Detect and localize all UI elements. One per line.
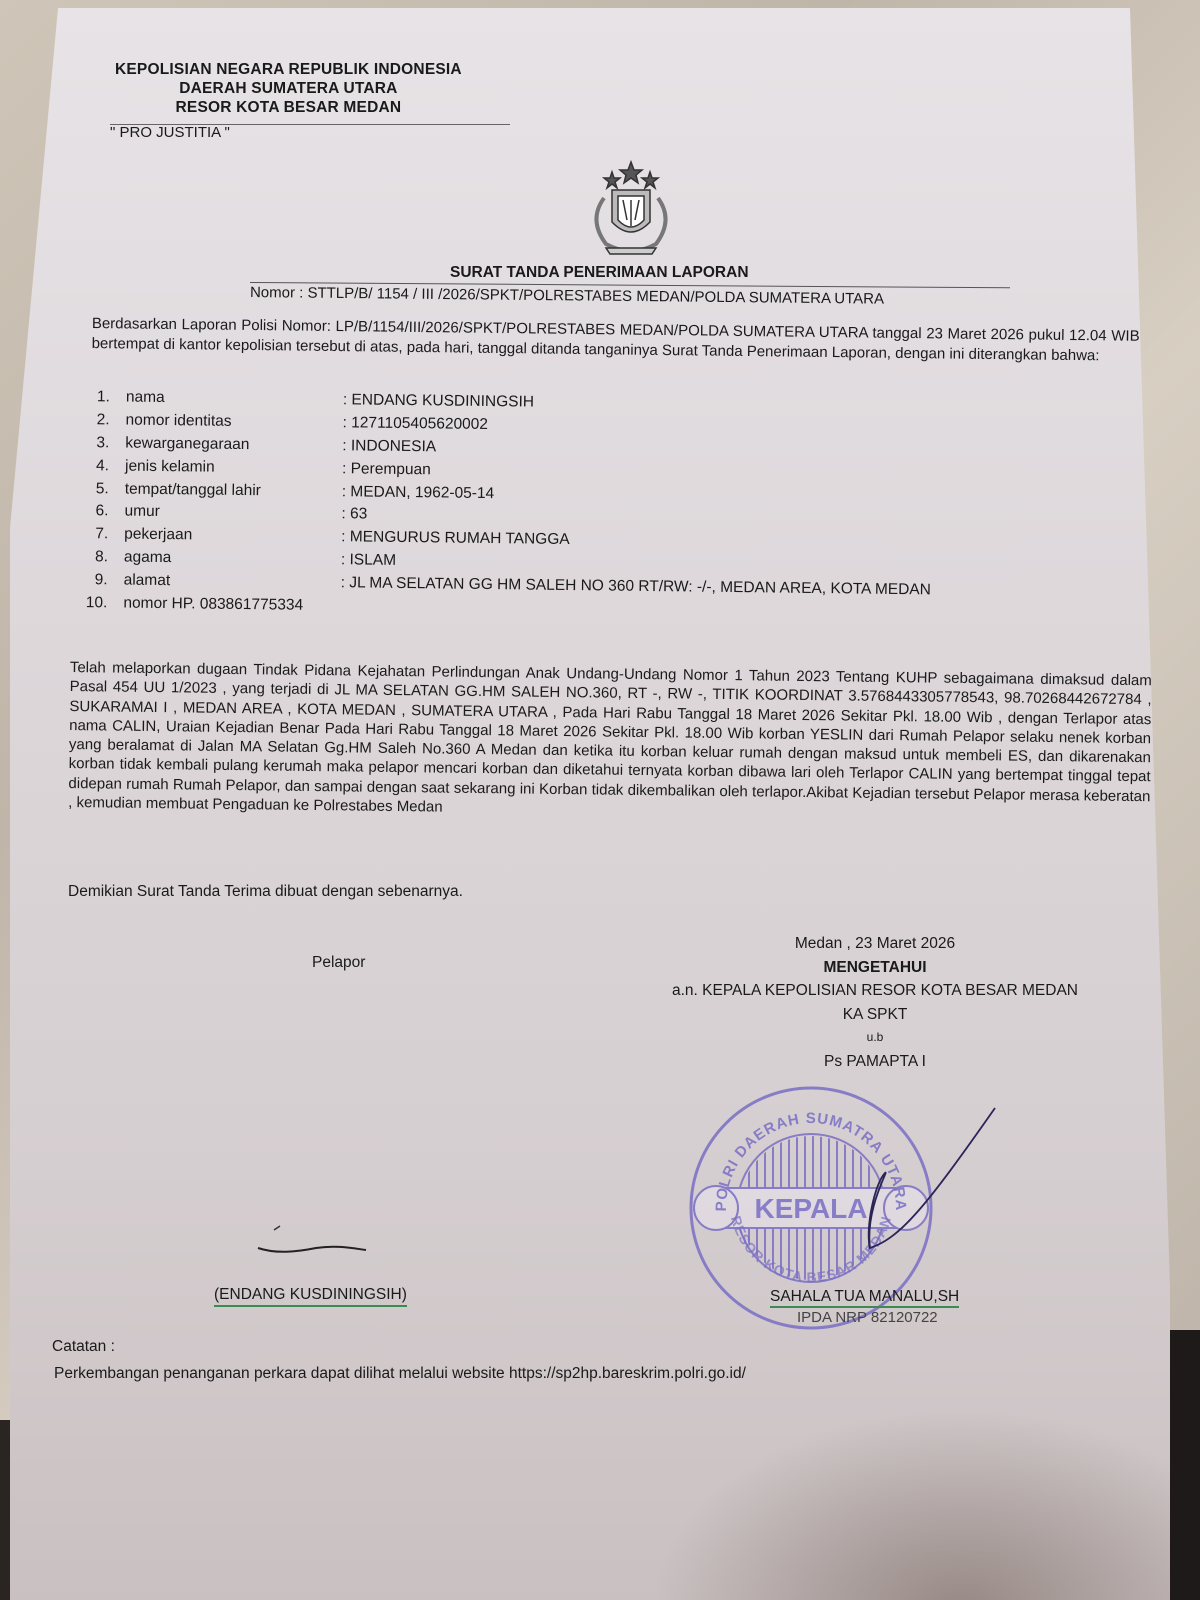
header-line: RESOR KOTA BESAR MEDAN bbox=[115, 98, 462, 117]
header-line: DAERAH SUMATERA UTARA bbox=[115, 79, 462, 98]
reporter-name: (ENDANG KUSDININGSIH) bbox=[214, 1286, 407, 1307]
document-number: Nomor : STTLP/B/ 1154 / III /2026/SPKT/P… bbox=[250, 284, 884, 308]
acknowledged-heading: MENGETAHUI bbox=[630, 956, 1120, 980]
police-report-document: KEPOLISIAN NEGARA REPUBLIK INDONESIA DAE… bbox=[10, 8, 1170, 1600]
detail-label: jenis kelamin bbox=[125, 457, 215, 476]
detail-label: agama bbox=[124, 549, 172, 568]
notes-text: Perkembangan penanganan perkara dapat di… bbox=[54, 1365, 746, 1383]
detail-value: : 1271105405620002 bbox=[342, 414, 488, 434]
closing-statement: Demikian Surat Tanda Terima dibuat denga… bbox=[68, 883, 463, 901]
detail-label: tempat/tanggal lahir bbox=[125, 480, 261, 500]
detail-value: : ISLAM bbox=[341, 551, 396, 570]
officer-name: SAHALA TUA MANALU,SH bbox=[770, 1288, 959, 1308]
on-behalf-of: a.n. KEPALA KEPOLISIAN RESOR KOTA BESAR … bbox=[630, 979, 1120, 1003]
detail-value: : MEDAN, 1962-05-14 bbox=[342, 483, 495, 503]
detail-label: alamat bbox=[124, 572, 171, 591]
unit: KA SPKT bbox=[630, 1003, 1120, 1027]
officer-signature-icon bbox=[830, 1088, 1010, 1258]
place-date: Medan , 23 Maret 2026 bbox=[630, 932, 1120, 956]
header-line: KEPOLISIAN NEGARA REPUBLIK INDONESIA bbox=[115, 60, 462, 79]
reporter-details: 1.nama: ENDANG KUSDININGSIH 2.nomor iden… bbox=[77, 388, 1080, 629]
intro-paragraph: Berdasarkan Laporan Polisi Nomor: LP/B/1… bbox=[92, 314, 1144, 366]
detail-label: nomor identitas bbox=[125, 411, 231, 430]
officer-rank-nrp: IPDA NRP 82120722 bbox=[797, 1309, 938, 1326]
reporter-signature-icon bbox=[256, 1220, 376, 1260]
document-title: SURAT TANDA PENERIMAAN LAPORAN bbox=[450, 264, 749, 282]
detail-label: umur bbox=[124, 503, 160, 521]
detail-value: : ENDANG KUSDININGSIH bbox=[343, 391, 534, 411]
ub: u.b bbox=[630, 1026, 1120, 1050]
detail-label: pekerjaan bbox=[124, 526, 192, 545]
reporter-label: Pelapor bbox=[312, 954, 365, 972]
pro-justitia: " PRO JUSTITIA " bbox=[110, 124, 230, 141]
detail-value: : MENGURUS RUMAH TANGGA bbox=[341, 529, 570, 550]
detail-value: : Perempuan bbox=[342, 460, 431, 479]
detail-label: kewarganegaraan bbox=[125, 434, 249, 454]
detail-label: nomor HP. 083861775334 bbox=[123, 595, 303, 615]
acknowledgement-block: Medan , 23 Maret 2026 MENGETAHUI a.n. KE… bbox=[630, 932, 1120, 1073]
police-emblem-icon bbox=[576, 160, 686, 260]
report-body: Telah melaporkan dugaan Tindak Pidana Ke… bbox=[68, 658, 1152, 826]
detail-label: nama bbox=[126, 389, 165, 407]
position: Ps PAMAPTA I bbox=[630, 1050, 1120, 1074]
notes-label: Catatan : bbox=[52, 1338, 115, 1356]
detail-value: : INDONESIA bbox=[342, 437, 436, 456]
detail-value: : 63 bbox=[341, 506, 367, 524]
institution-header: KEPOLISIAN NEGARA REPUBLIK INDONESIA DAE… bbox=[115, 60, 462, 117]
shadow bbox=[650, 1408, 1170, 1600]
